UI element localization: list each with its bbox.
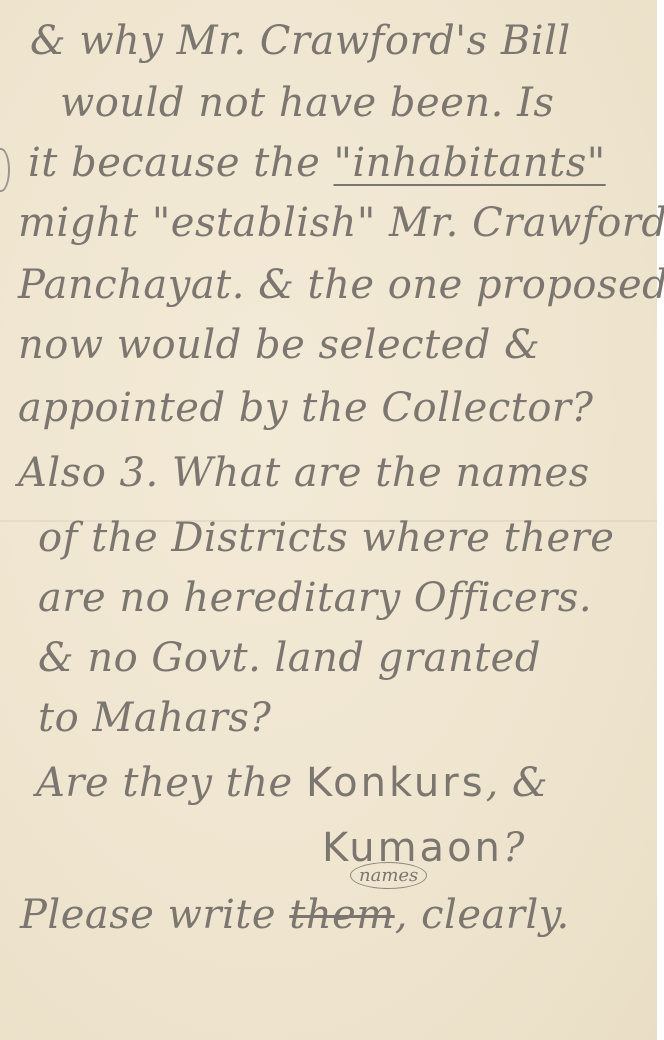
handwritten-line-9: of the Districts where there [38,515,614,561]
handwritten-line-4: might "establish" Mr. Crawford's [18,200,664,246]
handwritten-line-8: Also 3. What are the names [18,450,590,496]
handwritten-line-2: would not have been. Is [60,80,554,126]
handwritten-line-15: Please write them, clearly. [20,892,570,938]
handwritten-line-3: it because the "inhabitants" [28,140,606,186]
printed-word-konkurs: Konkurs [306,760,486,806]
handwritten-line-1: & why Mr. Crawford's Bill [30,18,571,64]
margin-bracket-mark [0,148,10,192]
handwritten-line-10: are no hereditary Officers. [38,575,592,621]
handwritten-line-12: to Mahars? [38,695,271,741]
handwritten-line-11: & no Govt. land granted [38,635,541,681]
handwritten-line-5: Panchayat. & the one proposed [18,262,664,308]
line-13-text: Are they the [36,760,306,806]
handwritten-line-13: Are they the Konkurs, & [36,760,548,806]
line-15-text: Please write [20,892,289,938]
line-13-tail: , & [486,760,549,806]
inserted-word-names: names [350,862,427,889]
handwritten-line-7: appointed by the Collector? [18,385,593,431]
line-3-text: it because the [28,140,334,186]
handwritten-line-14: Kumaon? [322,825,525,871]
line-15-tail: , clearly. [395,892,570,938]
line-14-tail: ? [503,825,525,871]
handwritten-line-6: now would be selected & [18,322,540,368]
struck-word-them: them [289,892,394,938]
letter-page: & why Mr. Crawford's Bill would not have… [0,0,657,1040]
underlined-word-inhabitants: "inhabitants" [334,140,606,186]
